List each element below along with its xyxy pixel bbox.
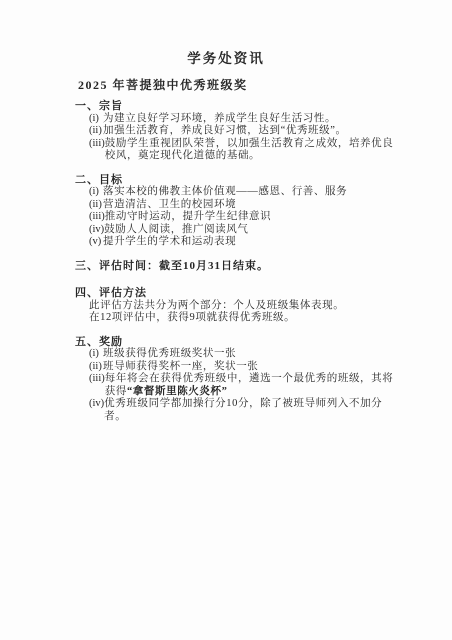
item-text: 加强生活教育，养成良好习惯，达到“优秀班级”。 (103, 125, 395, 138)
section-header: 二、目标 (75, 174, 395, 187)
item-text: 每年将会在获得优秀班级中，遴选一个最优秀的班级，其将获得“拿督斯里陈火炎杯” (105, 373, 395, 398)
section-purpose: 一、宗旨 (i) 为建立良好学习环境，养成学生良好生活习性。 (ii) 加强生活… (75, 100, 395, 163)
section-label: 一、 (75, 100, 99, 112)
list-item: (iii) 推动守时运动，提升学生纪律意识 (89, 211, 395, 224)
item-text: 班级获得优秀班级奖状一张 (103, 348, 395, 361)
item-number: (i) (89, 348, 103, 361)
section-header: 五、奖励 (75, 336, 395, 349)
item-text: 鼓励人人阅读，推广阅读风气 (104, 224, 395, 237)
item-number: (v) (89, 236, 103, 249)
item-text: 为建立良好学习环境，养成学生良好生活习性。 (103, 113, 395, 126)
section-header: 三、评估时间：截至10月31日结束。 (75, 260, 395, 273)
list-item: (ii) 班导师获得奖杯一座，奖状一张 (89, 361, 395, 374)
section-title: 评估方法 (99, 287, 147, 299)
list-item: (i) 班级获得优秀班级奖状一张 (89, 348, 395, 361)
evaluation-deadline: 截至10月31日结束。 (159, 260, 269, 272)
item-text: 优秀班级同学都加操行分10分，除了被班导师列入不加分者。 (104, 398, 395, 423)
purpose-list: (i) 为建立良好学习环境，养成学生良好生活习性。 (ii) 加强生活教育，养成… (89, 113, 395, 163)
list-item: (iii) 鼓励学生重视团队荣誉，以加强生活教育之成效，培养优良校风，奠定现代化… (89, 138, 395, 163)
doc-heading: 2025 年菩提独中优秀班级奖 (78, 78, 395, 93)
section-title: 宗旨 (99, 100, 123, 112)
item-text: 营造清洁、卫生的校园环境 (103, 199, 395, 212)
item-number: (iii) (89, 138, 105, 163)
paragraph-line: 在12项评估中，获得9项就获得优秀班级。 (89, 312, 395, 325)
doc-title: 学务处资讯 (0, 50, 452, 67)
document-page: 学务处资讯 2025 年菩提独中优秀班级奖 一、宗旨 (i) 为建立良好学习环境… (0, 0, 452, 640)
item-text: 提升学生的学术和运动表现 (103, 236, 395, 249)
list-item: (i) 落实本校的佛教主体价值观——感恩、行善、服务 (89, 186, 395, 199)
section-label: 五、 (75, 336, 99, 348)
item-text: 班导师获得奖杯一座，奖状一张 (103, 361, 395, 374)
section-title: 奖励 (99, 336, 123, 348)
item-number: (iv) (89, 224, 104, 237)
section-label: 四、 (75, 287, 99, 299)
section-goals: 二、目标 (i) 落实本校的佛教主体价值观——感恩、行善、服务 (ii) 营造清… (75, 174, 395, 249)
item-text: 鼓励学生重视团队荣誉，以加强生活教育之成效，培养优良校风，奠定现代化道德的基础。 (105, 138, 395, 163)
paragraph-line: 此评估方法共分为两个部分：个人及班级集体表现。 (89, 300, 395, 313)
list-item: (iv) 鼓励人人阅读，推广阅读风气 (89, 224, 395, 237)
award-cup-name: “拿督斯里陈火炎杯” (127, 386, 228, 397)
item-number: (ii) (89, 361, 103, 374)
list-item: (ii) 营造清洁、卫生的校园环境 (89, 199, 395, 212)
section-header: 一、宗旨 (75, 100, 395, 113)
section-header: 四、评估方法 (75, 287, 395, 300)
list-item: (i) 为建立良好学习环境，养成学生良好生活习性。 (89, 113, 395, 126)
list-item: (iii) 每年将会在获得优秀班级中，遴选一个最优秀的班级，其将获得“拿督斯里陈… (89, 373, 395, 398)
list-item: (v) 提升学生的学术和运动表现 (89, 236, 395, 249)
section-title: 评估时间： (99, 260, 159, 272)
item-number: (iii) (89, 211, 105, 224)
item-number: (iv) (89, 398, 104, 423)
item-number: (i) (89, 186, 103, 199)
section-rewards: 五、奖励 (i) 班级获得优秀班级奖状一张 (ii) 班导师获得奖杯一座，奖状一… (75, 336, 395, 424)
item-number: (iii) (89, 373, 105, 398)
section-evaluation-method: 四、评估方法 此评估方法共分为两个部分：个人及班级集体表现。 在12项评估中，获… (75, 287, 395, 325)
item-number: (ii) (89, 125, 103, 138)
goals-list: (i) 落实本校的佛教主体价值观——感恩、行善、服务 (ii) 营造清洁、卫生的… (89, 186, 395, 249)
rewards-list: (i) 班级获得优秀班级奖状一张 (ii) 班导师获得奖杯一座，奖状一张 (ii… (89, 348, 395, 423)
item-number: (i) (89, 113, 103, 126)
section-label: 二、 (75, 174, 99, 186)
item-text: 推动守时运动，提升学生纪律意识 (105, 211, 395, 224)
section-evaluation-time: 三、评估时间：截至10月31日结束。 (75, 260, 395, 273)
item-text: 落实本校的佛教主体价值观——感恩、行善、服务 (103, 186, 395, 199)
item-number: (ii) (89, 199, 103, 212)
section-label: 三、 (75, 260, 99, 272)
list-item: (ii) 加强生活教育，养成良好习惯，达到“优秀班级”。 (89, 125, 395, 138)
list-item: (iv) 优秀班级同学都加操行分10分，除了被班导师列入不加分者。 (89, 398, 395, 423)
section-title: 目标 (99, 174, 123, 186)
